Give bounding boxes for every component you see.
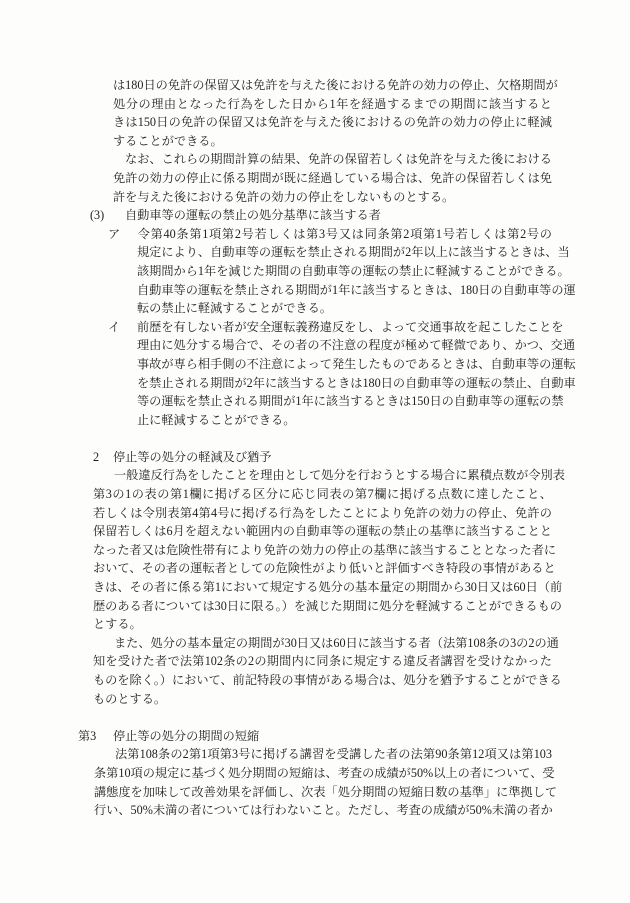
text-line: 転の禁止に軽減することができる。 (137, 299, 552, 318)
text-line: なお、これらの期間計算の結果、免許の保留若しくは免許を与えた後における (125, 150, 552, 169)
text-line: 止に軽減することができる。 (137, 411, 552, 430)
text-line: また、処分の基本量定の期間が30日又は60日に該当する者（法第108条の3の2の… (114, 634, 552, 653)
line-text: は180日の免許の保留又は免許を与えた後における免許の効力の停止、欠格期間が (113, 78, 558, 92)
text-line: 歴のある者については30日に限る。）を減じた期間に処分を軽減することができるもの (93, 597, 552, 616)
blank-line (0, 708, 630, 727)
text-line: とする。 (93, 615, 552, 634)
text-line: 若しくは令別表第4第4号に掲げる行為をしたことにより免許の効力の停止、免許の (93, 504, 552, 523)
blank-line (0, 429, 630, 448)
text-line: 第3停止等の処分の期間の短縮 (78, 727, 552, 746)
text-line: を禁止される期間が2年に該当するときは180日の自動車等の運転の禁止、自動車 (137, 374, 552, 393)
text-line: 許を与えた後における免許の効力の停止をしないものとする。 (113, 188, 552, 207)
list-label: イ (108, 318, 137, 337)
line-text: 知を受けた者で法第102条の2の期間内に同条に規定する違反者講習を受けなかった (93, 654, 552, 668)
text-line: 保留若しくは6月を超えない範囲内の自動車等の運転の禁止の基準に該当することと (93, 522, 552, 541)
line-text: 理由に処分する場合で、その者の不注意の程度が極めて軽微であり、かつ、交通 (137, 338, 575, 352)
line-text: することができる。 (113, 134, 223, 148)
text-line: 免許の効力の停止に係る期間が既に経過している場合は、免許の保留若しくは免 (113, 169, 552, 188)
text-line: 行い、50%未満の者については行わないこと。ただし、考査の成績が50%未満の者か (94, 801, 552, 820)
text-line: なった者又は危険性帯有により免許の効力の停止の基準に該当することとなった者に (93, 541, 552, 560)
line-text: 該期間から1年を減じた期間の自動車等の運転の禁止に軽減することができる。 (137, 264, 570, 278)
list-label: ア (108, 225, 137, 244)
text-line: ものを除く。）において、前記特段の事情がある場合は、処分を猶予することができる (93, 671, 552, 690)
text-line: (3)自動車等の運転の禁止の処分基準に該当する者 (90, 206, 552, 225)
line-text: 免許の効力の停止に係る期間が既に経過している場合は、免許の保留若しくは免 (113, 171, 552, 185)
document-page: は180日の免許の保留又は免許を与えた後における免許の効力の停止、欠格期間が処分… (0, 0, 630, 903)
text-line: イ前歴を有しない者が安全運転義務違反をし、よって交通事故を起こしたことを (108, 318, 552, 337)
text-line: 第3の1の表の第1欄に掲げる区分に応じ同表の第7欄に掲げる点数に達したこと、 (93, 485, 552, 504)
text-line: 処分の理由となった行為をした日から1年を経過するまでの期間に該当すると (113, 95, 552, 114)
text-line: ア令第40条第1項第2号若しくは第3号又は同条第2項第1号若しくは第2号の (108, 225, 552, 244)
line-text: 許を与えた後における免許の効力の停止をしないものとする。 (113, 190, 454, 204)
line-text: とする。 (93, 617, 142, 631)
text-line: 知を受けた者で法第102条の2の期間内に同条に規定する違反者講習を受けなかった (93, 652, 552, 671)
text-line: 等の運転を禁止される期間が1年に該当するときは150日の自動車等の運転の禁 (137, 392, 552, 411)
line-text: 転の禁止に軽減することができる。 (137, 301, 332, 315)
text-line: 法第108条の2第1項第3号に掲げる講習を受講した者の法第90条第12項又は第1… (115, 745, 552, 764)
line-text: 第3の1の表の第1欄に掲げる区分に応じ同表の第7欄に掲げる点数に達したこと、 (93, 487, 552, 501)
line-text: 歴のある者については30日に限る。）を減じた期間に処分を軽減することができるもの (93, 599, 562, 613)
line-text: ものとする。 (93, 692, 166, 706)
text-line: 規定により、自動車等の運転を禁止される期間が2年以上に該当するときは、当 (137, 243, 552, 262)
line-text: 規定により、自動車等の運転を禁止される期間が2年以上に該当するときは、当 (137, 245, 570, 259)
text-line: することができる。 (113, 132, 552, 151)
text-line: おいて、その者の運転者としての危険性がより低いと評価すべき特段の事情があると (93, 559, 552, 578)
line-text: 前歴を有しない者が安全運転義務違反をし、よって交通事故を起こしたことを (137, 320, 564, 334)
line-text: なお、これらの期間計算の結果、免許の保留若しくは免許を与えた後における (125, 152, 552, 166)
line-text: 停止等の処分の軽減及び猶予 (113, 450, 271, 464)
text-line: きは、その者に係る第1において規定する処分の基本量定の期間から30日又は60日（… (93, 578, 552, 597)
list-label: 第3 (78, 727, 113, 746)
line-text: 自動車等の運転の禁止の処分基準に該当する者 (125, 208, 381, 222)
line-text: なった者又は危険性帯有により免許の効力の停止の基準に該当することとなった者に (93, 543, 556, 557)
text-line: 講態度を加味して改善効果を評価し、次表「処分期間の短縮日数の基準」に準拠して (94, 783, 552, 802)
text-line: 該期間から1年を減じた期間の自動車等の運転の禁止に軽減することができる。 (137, 262, 552, 281)
text-line: 理由に処分する場合で、その者の不注意の程度が極めて軽微であり、かつ、交通 (137, 336, 552, 355)
text-line: 2停止等の処分の軽減及び猶予 (93, 448, 552, 467)
line-text: 事故が専ら相手側の不注意によって発生したものであるときは、自動車等の運転 (137, 357, 576, 371)
line-text: 等の運転を禁止される期間が1年に該当するときは150日の自動車等の運転の禁 (137, 394, 564, 408)
line-text: 条第10項の規定に基づく処分期間の短縮は、考査の成績が50%以上の者について、受 (94, 766, 555, 780)
line-text: ものを除く。）において、前記特段の事情がある場合は、処分を猶予することができる (93, 673, 562, 687)
line-text: 若しくは令別表第4第4号に掲げる行為をしたことにより免許の効力の停止、免許の (93, 506, 552, 520)
line-text: 令第40条第1項第2号若しくは第3号又は同条第2項第1号若しくは第2号の (137, 227, 552, 241)
line-text: 保留若しくは6月を超えない範囲内の自動車等の運転の禁止の基準に該当することと (93, 524, 552, 538)
line-text: おいて、その者の運転者としての危険性がより低いと評価すべき特段の事情があると (93, 561, 556, 575)
line-text: 処分の理由となった行為をした日から1年を経過するまでの期間に該当すると (113, 97, 552, 111)
line-text: を禁止される期間が2年に該当するときは180日の自動車等の運転の禁止、自動車 (137, 376, 576, 390)
document-text-block: は180日の免許の保留又は免許を与えた後における免許の効力の停止、欠格期間が処分… (0, 76, 630, 820)
list-label: (3) (90, 206, 125, 225)
text-line: 条第10項の規定に基づく処分期間の短縮は、考査の成績が50%以上の者について、受 (94, 764, 552, 783)
line-text: きは、その者に係る第1において規定する処分の基本量定の期間から30日又は60日（… (93, 580, 562, 594)
text-line: きは150日の免許の保留又は免許を与えた後におけるの免許の効力の停止に軽減 (113, 113, 552, 132)
line-text: 一般違反行為をしたことを理由として処分を行おうとする場合に累積点数が令別表 (114, 468, 565, 482)
text-line: 一般違反行為をしたことを理由として処分を行おうとする場合に累積点数が令別表 (114, 466, 552, 485)
line-text: 止に軽減することができる。 (137, 413, 295, 427)
list-label: 2 (93, 448, 113, 467)
text-line: ものとする。 (93, 690, 552, 709)
text-line: 自動車等の運転を禁止される期間が1年に該当するときは、180日の自動車等の運 (137, 281, 552, 300)
line-text: また、処分の基本量定の期間が30日又は60日に該当する者（法第108条の3の2の… (114, 636, 559, 650)
text-line: 事故が専ら相手側の不注意によって発生したものであるときは、自動車等の運転 (137, 355, 552, 374)
line-text: きは150日の免許の保留又は免許を与えた後におけるの免許の効力の停止に軽減 (113, 115, 552, 129)
line-text: 停止等の処分の期間の短縮 (113, 729, 259, 743)
text-line: は180日の免許の保留又は免許を与えた後における免許の効力の停止、欠格期間が (113, 76, 552, 95)
line-text: 講態度を加味して改善効果を評価し、次表「処分期間の短縮日数の基準」に準拠して (94, 785, 557, 799)
line-text: 法第108条の2第1項第3号に掲げる講習を受講した者の法第90条第12項又は第1… (115, 747, 552, 761)
line-text: 自動車等の運転を禁止される期間が1年に該当するときは、180日の自動車等の運 (137, 283, 576, 297)
line-text: 行い、50%未満の者については行わないこと。ただし、考査の成績が50%未満の者か (94, 803, 553, 817)
